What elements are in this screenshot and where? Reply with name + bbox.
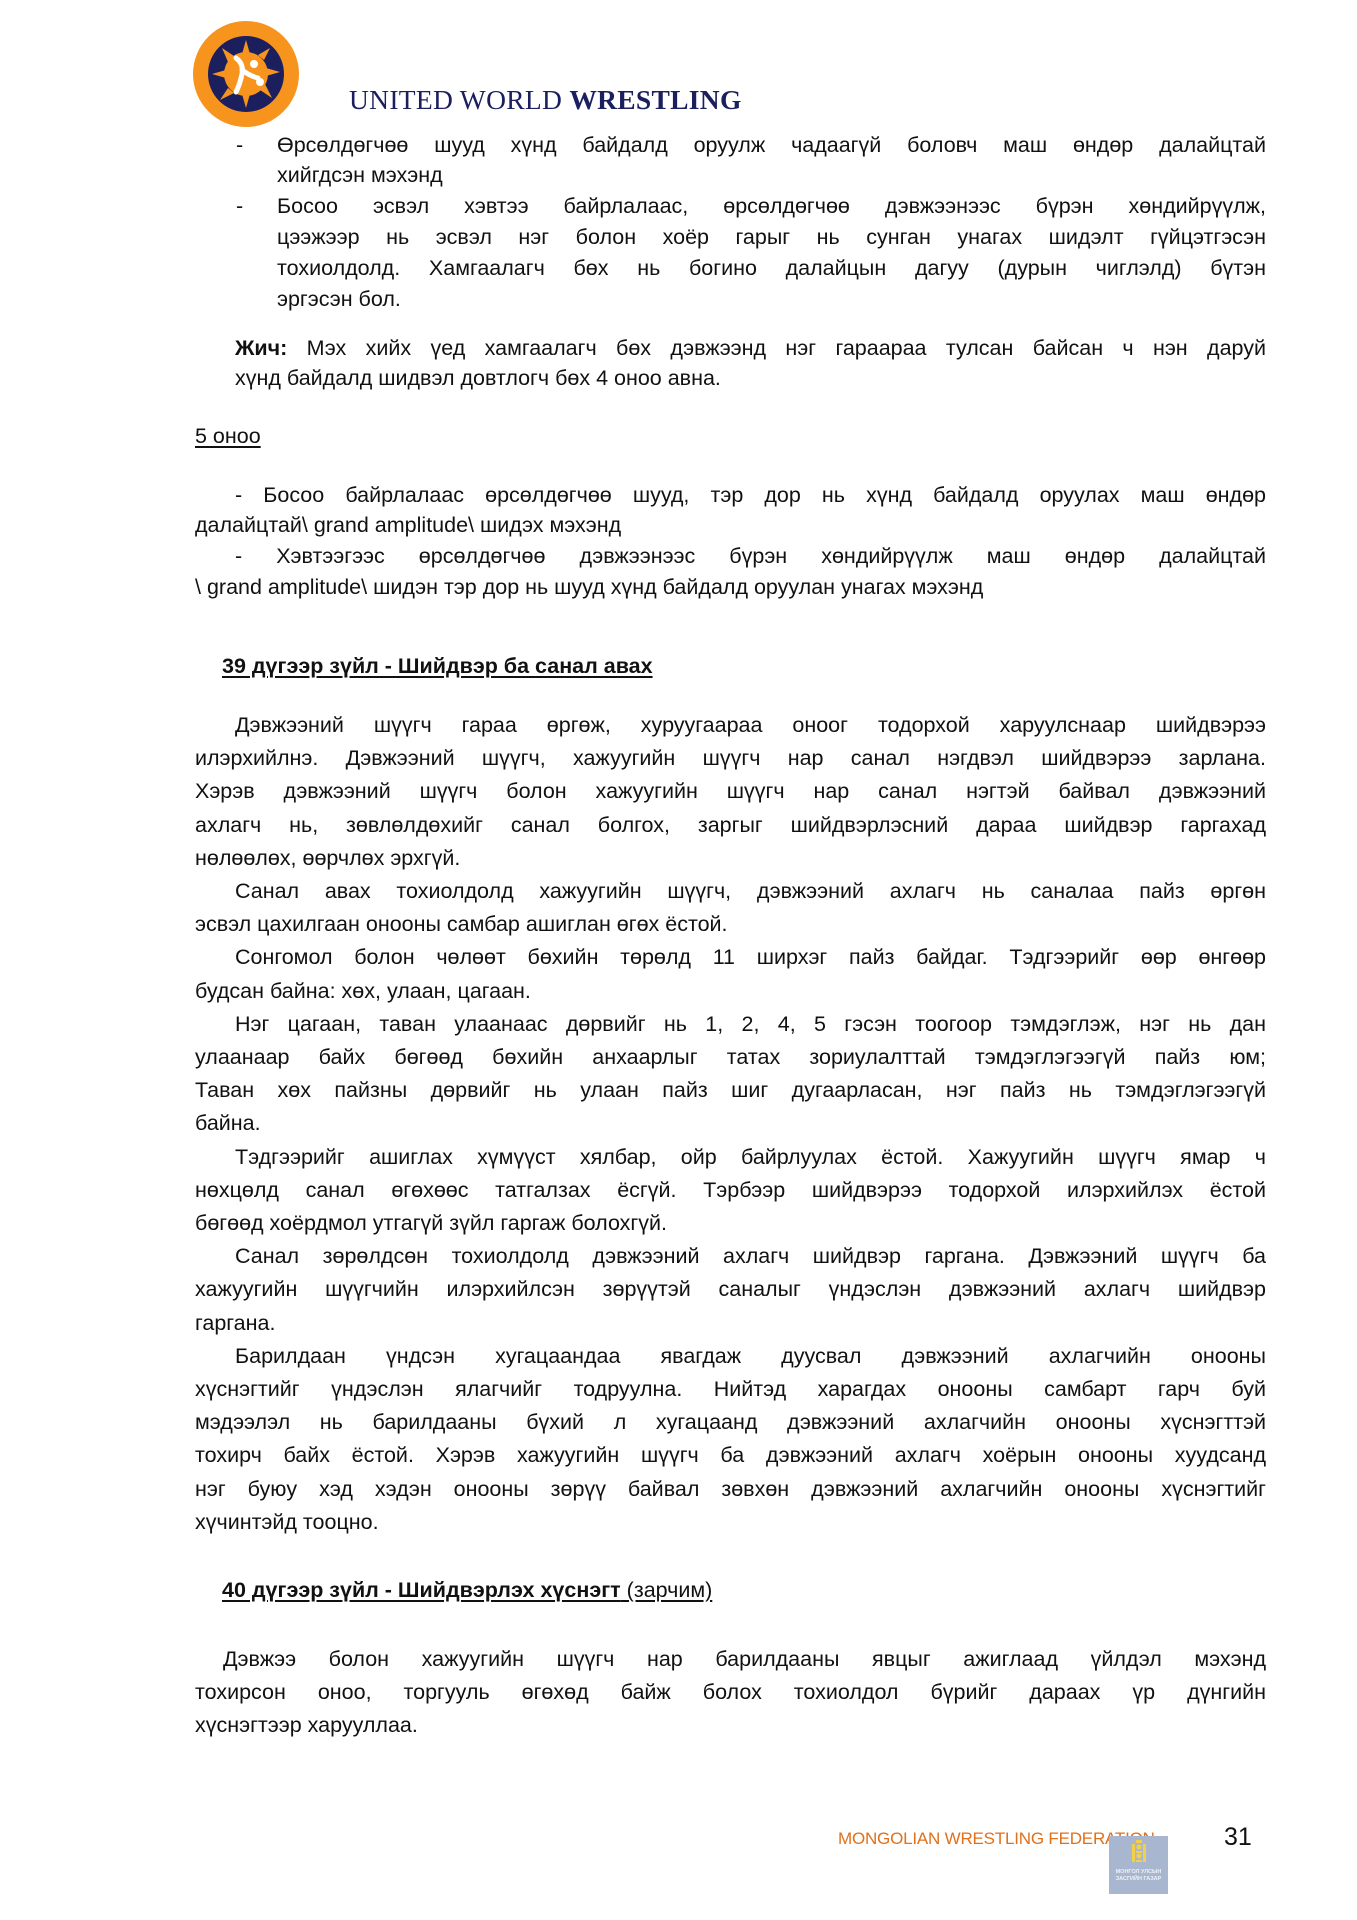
article-39-line: будсан байна: хөх, улаан, цагаан. bbox=[195, 976, 531, 1006]
note-line: Жич: Мэх хийх үед хамгаалагч бөх дэвжээн… bbox=[235, 333, 1266, 363]
article-39-line: Санал авах тохиолдолд хажуугийн шүүгч, д… bbox=[235, 876, 1266, 906]
article-39-line: хажуугийн шүүгчийн илэрхийлсэн зөрүүтэй … bbox=[195, 1274, 1266, 1304]
government-stamp: МОНГОЛ УЛСЫН ЗАСГИЙН ГАЗАР bbox=[1109, 1836, 1168, 1894]
article-39-line: хүснэгтийг үндэслэн ялагчийг тодруулна. … bbox=[195, 1374, 1266, 1404]
bullet-text-line: Босоо эсвэл хэвтээ байрлалаас, өрсөлдөгч… bbox=[277, 191, 1266, 221]
article-39-line: Хэрэв дэвжээний шүүгч болон хажуугийн шү… bbox=[195, 776, 1266, 806]
bullet-dash: - bbox=[236, 191, 243, 221]
article-39-line: Сонгомол болон чөлөөт бөхийн төрөлд 11 ш… bbox=[235, 942, 1266, 972]
five-points-title: 5 оноо bbox=[195, 421, 261, 451]
article-40-line: Дэвжээ болон хажуугийн шүүгч нар барилда… bbox=[223, 1644, 1266, 1674]
article-40-line: хүснэгтээр харууллаа. bbox=[195, 1710, 418, 1740]
article-39-line: улаанаар байх бөгөөд бөхийн анхаарлыг та… bbox=[195, 1042, 1266, 1072]
article-39-line: ахлагч нь, зөвлөлдөхийг санал болгох, за… bbox=[195, 810, 1266, 840]
footer-org-name: MONGOLIAN WRESTLING FEDERATION bbox=[838, 1829, 1155, 1849]
article-39-line: байна. bbox=[195, 1108, 261, 1138]
soyombo-icon bbox=[1132, 1840, 1146, 1867]
article-39-line: Тэдгээрийг ашиглах хүмүүст хялбар, ойр б… bbox=[235, 1142, 1266, 1172]
article-39-line: илэрхийлнэ. Дэвжээний шүүгч, хажуугийн ш… bbox=[195, 743, 1266, 773]
article-39-line: нэг буюу хэд хэдэн онооны зөрүү байвал з… bbox=[195, 1474, 1266, 1504]
org-title: UNITED WORLD WRESTLING bbox=[349, 84, 742, 116]
five-points-line: \ grand amplitude\ шидэн тэр дор нь шууд… bbox=[195, 572, 983, 602]
bullet-text-line: Өрсөлдөгчөө шууд хүнд байдалд оруулж чад… bbox=[277, 130, 1266, 160]
article-39-line: Санал зөрөлдсөн тохиолдолд дэвжээний ахл… bbox=[235, 1241, 1266, 1271]
bullet-text-line: тохиолдолд. Хамгаалагч бөх нь богино дал… bbox=[277, 253, 1266, 283]
five-points-line: - Босоо байрлалаас өрсөлдөгчөө шууд, тэр… bbox=[235, 480, 1266, 510]
article-39-line: эсвэл цахилгаан онооны самбар ашиглан өг… bbox=[195, 909, 728, 939]
bullet-text-line: хийгдсэн мэхэнд bbox=[277, 160, 443, 190]
article-40-title: 40 дүгээр зүйл - Шийдвэрлэх хүснэгт (зар… bbox=[222, 1575, 712, 1605]
five-points-line: далайцтай\ grand amplitude\ шидэх мэхэнд bbox=[195, 510, 621, 540]
article-39-line: нөхцөлд санал өгөхөөс татгалзах ёсгүй. Т… bbox=[195, 1175, 1266, 1205]
article-39-line: бөгөөд хоёрдмол утгагүй зүйл гаргаж боло… bbox=[195, 1208, 667, 1238]
page-number: 31 bbox=[1224, 1823, 1252, 1852]
article-39-line: хүчинтэйд тооцно. bbox=[195, 1507, 379, 1537]
article-39-title: 39 дүгээр зүйл - Шийдвэр ба санал авах bbox=[222, 651, 653, 681]
article-39-line: мэдээлэл нь барилдааны бүхий л хугацаанд… bbox=[195, 1407, 1266, 1437]
stamp-text: МОНГОЛ УЛСЫН ЗАСГИЙН ГАЗАР bbox=[1116, 1869, 1162, 1883]
article-39-line: Дэвжээний шүүгч гараа өргөж, хуруугаараа… bbox=[235, 710, 1266, 740]
article-39-line: Таван хөх пайзны дөрвийг нь улаан пайз ш… bbox=[195, 1075, 1266, 1105]
note-label: Жич: bbox=[235, 336, 287, 360]
article-39-line: Барилдаан үндсэн хугацаандаа явагдаж дуу… bbox=[235, 1341, 1266, 1371]
uww-logo-icon bbox=[192, 20, 300, 128]
article-39-line: гаргана. bbox=[195, 1308, 275, 1338]
article-39-line: нөлөөлөх, өөрчлөх эрхгүй. bbox=[195, 843, 460, 873]
article-40-line: тохирсон оноо, торгууль өгөхөд байж боло… bbox=[195, 1677, 1266, 1707]
bullet-text-line: цээжээр нь эсвэл нэг болон хоёр гарыг нь… bbox=[277, 222, 1266, 252]
article-39-line: Нэг цагаан, таван улаанаас дөрвийг нь 1,… bbox=[235, 1009, 1266, 1039]
bullet-dash: - bbox=[236, 130, 243, 160]
bullet-text-line: эргэсэн бол. bbox=[277, 284, 401, 314]
five-points-line: - Хэвтээгээс өрсөлдөгчөө дэвжээнээс бүрэ… bbox=[235, 541, 1266, 571]
article-39-line: тохирч байх ёстой. Хэрэв хажуугийн шүүгч… bbox=[195, 1440, 1266, 1470]
note-line: хүнд байдалд шидвэл довтлогч бөх 4 оноо … bbox=[235, 363, 721, 393]
